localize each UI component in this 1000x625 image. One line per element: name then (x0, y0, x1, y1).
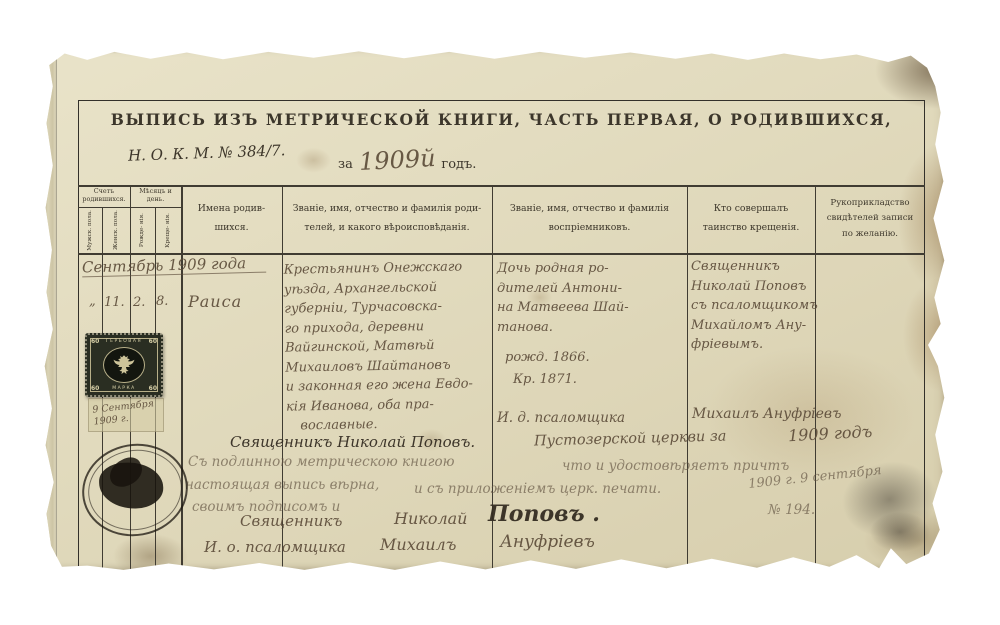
entry-parents-text: Крестьянинъ Онежскаго уѣзда, Архангельск… (283, 257, 473, 436)
entry-godparents-text: Дочь родная ро- дителей Антони- на Матве… (497, 259, 629, 337)
paper-fold-spine (42, 44, 57, 572)
cert-verify-1r: что и удостовѣряетъ причтъ (562, 458, 789, 474)
godparent-note-2: Кр. 1871. (513, 372, 577, 387)
year-handwritten: 1909й (358, 144, 436, 176)
header-count-male: Мужск. пола. (78, 207, 102, 253)
church-seal (75, 435, 195, 544)
header-count-female: Женск. пола. (102, 207, 130, 253)
godparent-note-1: рожд. 1866. (505, 350, 590, 365)
entry-child-name: Раиса (188, 292, 242, 311)
stamp-value: 60 (91, 385, 99, 392)
signature-clerk-last: Ануфріевъ (500, 532, 595, 552)
burn-mark (532, 42, 632, 51)
burn-mark (62, 41, 182, 52)
stamp-value: 60 (149, 385, 157, 392)
ink-smudge (870, 512, 930, 552)
header-priest: Кто совершалъ таинство крещенія. (687, 185, 815, 253)
photo-background: ВЫПИСЬ ИЗЪ МЕТРИЧЕСКОЙ КНИГИ, ЧАСТЬ ПЕРВ… (0, 0, 1000, 625)
entry-priest-text: Священникъ Николай Поповъ съ псаломщиком… (691, 257, 818, 355)
stamp-value: 60 (91, 338, 99, 345)
entry-female-count: 11. (104, 295, 125, 310)
signature-priest-title: Священникъ (240, 512, 342, 530)
cert-verify-2: настоящая выпись вѣрна, (185, 477, 379, 493)
entry-male-mark: „ (89, 294, 96, 309)
year-line: за 1909й годъ. (338, 146, 476, 174)
signature-clerk-first: Михаилъ (380, 535, 456, 554)
stamp-date-label: 9 Сентября 1909 г. (88, 398, 164, 432)
header-godparents: Званіе, имя, отчество и фамилія воспріем… (492, 185, 687, 253)
burn-mark (342, 40, 492, 52)
header-date-born: Рожде- нія. (130, 207, 155, 253)
burn-mark (212, 42, 302, 50)
entry-baptized-day: 8. (156, 294, 168, 309)
clerk-name: Михаилъ Ануфріевъ (692, 406, 841, 422)
stamp-value: 60 (149, 338, 157, 345)
year-suffix: годъ. (441, 157, 476, 172)
cert-verify-1: Съ подлинною метрическою книгою (188, 454, 455, 470)
document-title: ВЫПИСЬ ИЗЪ МЕТРИЧЕСКОЙ КНИГИ, ЧАСТЬ ПЕРВ… (78, 110, 925, 129)
cert-number: № 194. (768, 502, 815, 518)
clerk-title: И. д. псаломщика (497, 410, 625, 426)
header-parents: Званіе, имя, отчество и фамилія роди- те… (282, 185, 492, 253)
cert-verify-2r: и съ приложеніемъ церк. печати. (414, 481, 661, 497)
year-prefix: за (338, 157, 353, 172)
document-paper: ВЫПИСЬ ИЗЪ МЕТРИЧЕСКОЙ КНИГИ, ЧАСТЬ ПЕРВ… (42, 44, 947, 572)
header-date-group: Мѣсяцъ и день. (130, 187, 181, 204)
header-count-group: Счетъ родившихся. (78, 187, 130, 204)
signature-priest-first: Николай (394, 509, 467, 528)
double-headed-eagle-icon (110, 352, 138, 378)
header-date-baptized: Креще- нія. (155, 207, 181, 253)
burn-mark (900, 42, 950, 55)
signature-priest-last: Поповъ . (488, 501, 600, 527)
header-witnesses: Рукоприкладство свидѣтелей записи по жел… (815, 185, 925, 253)
revenue-stamp: ГЕРБОВАЯ МАРКА 60 60 60 60 (85, 333, 163, 397)
header-names: Имена родив- шихся. (181, 185, 282, 253)
burn-mark (662, 40, 802, 51)
stamp-date-note: 9 Сентября 1909 г. (92, 397, 164, 428)
stamp-center-oval (103, 347, 145, 383)
signature-clerk-title: И. о. псаломщика (204, 538, 346, 556)
entry-born-day: 2. (133, 295, 145, 310)
burn-mark (822, 41, 912, 50)
cert-priest-line: Священникъ Николай Поповъ. (230, 433, 475, 451)
